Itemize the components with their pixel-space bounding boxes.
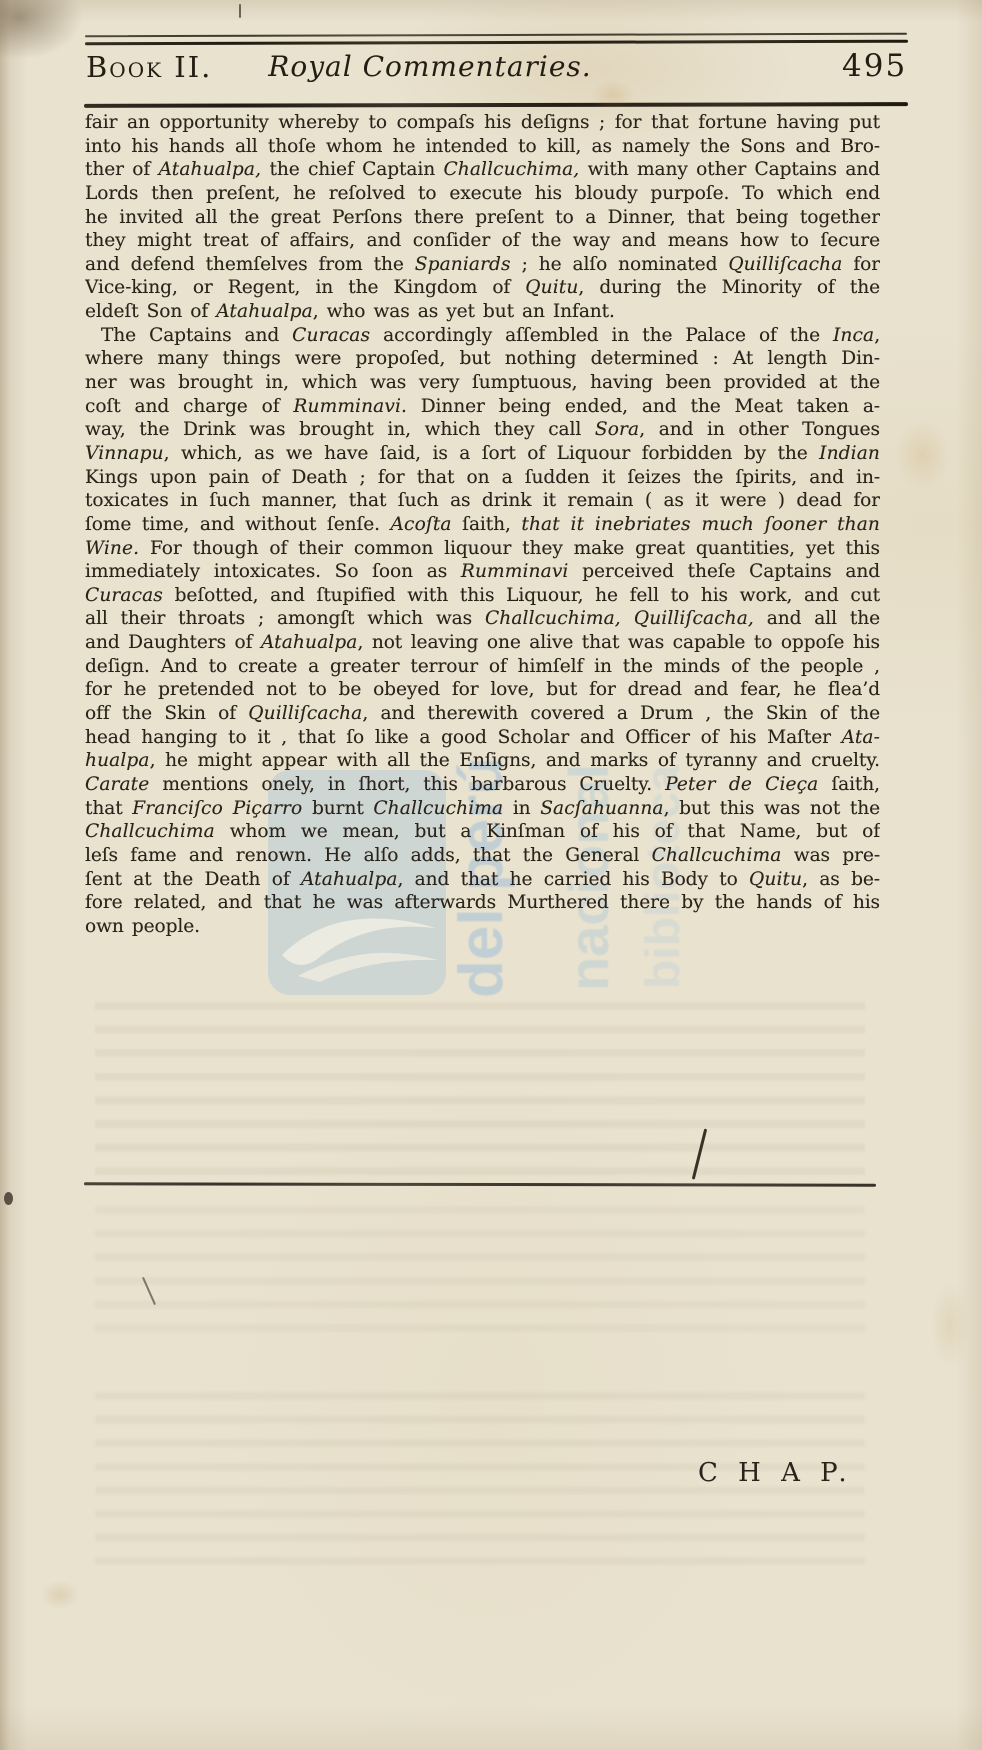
roman-text: Vice-king, or Regent, in the Kingdom of [85, 277, 525, 298]
header-rule-top-thin [85, 33, 907, 38]
roman-text: ſaith, [818, 774, 880, 795]
stray-ink-mark [239, 4, 241, 18]
roman-text: Kings upon pain of Death ; for that on a… [85, 467, 880, 488]
text-line: eldeſt Son of Atahualpa, who was as yet … [85, 300, 880, 324]
roman-text: own people. [85, 916, 200, 937]
roman-text: For though of their common liquour they … [139, 538, 880, 559]
roman-text: he invited all the great Perſons there p… [85, 207, 880, 228]
roman-text: and defend themſelves from the [85, 254, 415, 275]
text-line: hualpa, he might appear with all the Enſ… [85, 749, 880, 773]
header-rule-bottom [84, 102, 908, 108]
text-line: that Franciſco Piçarro burnt Challcuchim… [85, 797, 880, 821]
italic-text: Franciſco Piçarro [132, 798, 302, 819]
header-rule-top-thick [85, 40, 908, 46]
text-line: way, the Drink was brought in, which the… [85, 418, 880, 442]
roman-text: Lords then preſent, he reſolved to execu… [85, 183, 880, 204]
roman-text: ; he alſo nominated [511, 254, 729, 275]
paragraph: fair an opportunity whereby to compaſs h… [85, 111, 880, 324]
roman-text: way, the Drink was brought in, which the… [85, 419, 595, 440]
text-line: deſign. And to create a greater terrour … [85, 655, 880, 679]
roman-text: ſome time, and without ſenſe. [85, 514, 391, 535]
roman-text: and Daughters of [85, 632, 261, 653]
text-line: and defend themſelves from the Spaniards… [85, 253, 880, 277]
roman-text: where many things were propoſed, but not… [85, 348, 880, 369]
text-line: immediately intoxicates. So ſoon as Rumm… [85, 560, 880, 584]
italic-text: Rumminavi [461, 561, 569, 582]
roman-text: the chief Captain [261, 159, 443, 180]
roman-text: ner was brought in, which was very ſumpt… [85, 372, 880, 393]
roman-text: immediately intoxicates. So ſoon as [85, 561, 461, 582]
foxing-spot [930, 1280, 970, 1370]
foxing-spot [40, 1580, 80, 1610]
italic-text: Spaniards [415, 254, 511, 275]
roman-text: in [503, 798, 540, 819]
text-line: The Captains and Curacas accordingly aſſ… [85, 324, 880, 348]
running-head-title: Royal Commentaries. [250, 50, 610, 83]
italic-text: Ata- [842, 727, 880, 748]
running-head-book: Book II. [86, 50, 212, 84]
italic-text: Wine. [85, 538, 139, 559]
italic-text: Challcuchima, [443, 159, 579, 180]
roman-text: into his hands all thoſe whom he intende… [85, 136, 880, 157]
roman-text: , and that he carried his Body to [398, 869, 750, 890]
roman-text: for he pretended not to be obeyed for lo… [85, 679, 880, 700]
text-line: Vinnapu, which, as we have ſaid, is a ſo… [85, 442, 880, 466]
italic-text: Quilliſcacha [728, 254, 842, 275]
italic-text: Sora [595, 419, 639, 440]
roman-text: , who was as yet but an Infant. [313, 301, 615, 322]
text-line: he invited all the great Perſons there p… [85, 206, 880, 230]
roman-text: , during the Minority of the [578, 277, 880, 298]
roman-text: , not leaving one alive that was capable… [358, 632, 881, 653]
roman-text: toxicates in ſuch manner, that ſuch as d… [85, 490, 880, 511]
roman-text: with many other Captains and [579, 159, 880, 180]
italic-text: Rumminavi [293, 396, 401, 417]
roman-text: they might treat of affairs, and conſide… [85, 230, 880, 251]
text-line: ſome time, and without ſenſe. Acoſta ſai… [85, 513, 880, 537]
italic-text: Quitu [749, 869, 802, 890]
roman-text: . Dinner being ended, and the Meat taken… [401, 396, 880, 417]
italic-text: Acoſta [391, 514, 452, 535]
text-line: Challcuchima whom we mean, but a Kinſman… [85, 820, 880, 844]
text-line: Curacas beſotted, and ſtupified with thi… [85, 584, 880, 608]
italic-text: Curacas [292, 325, 370, 346]
roman-text: , and in other Tongues [639, 419, 880, 440]
roman-text: The Captains and [101, 325, 292, 346]
roman-text: fair an opportunity whereby to compaſs h… [85, 112, 880, 133]
text-line: they might treat of affairs, and conſide… [85, 229, 880, 253]
text-line: Carate mentions onely, in ſhort, this ba… [85, 773, 880, 797]
roman-text: for [842, 254, 880, 275]
roman-text: ther of [85, 159, 159, 180]
roman-text: whom we mean, but a Kinſman of his of th… [215, 821, 880, 842]
italic-text: hualpa [85, 750, 150, 771]
paragraph: The Captains and Curacas accordingly aſſ… [85, 324, 880, 939]
italic-text: Quilliſcacha [248, 703, 362, 724]
text-line: ſent at the Death of Atahualpa, and that… [85, 868, 880, 892]
italic-text: Vinnapu [85, 443, 164, 464]
verso-show-through [95, 1002, 865, 1180]
text-line: own people. [85, 915, 880, 939]
roman-text: accordingly aſſembled in the Palace of t… [370, 325, 833, 346]
text-line: Wine. For though of their common liquour… [85, 537, 880, 561]
roman-text: was pre- [781, 845, 880, 866]
italic-text: Inca [833, 325, 874, 346]
roman-text: , which, as we have ſaid, is a ſort of L… [164, 443, 819, 464]
foxing-spot [895, 420, 950, 490]
italic-text: Sacſahuanna [540, 798, 663, 819]
text-line: head hanging to it , that ſo like a good… [85, 726, 880, 750]
text-line: fair an opportunity whereby to compaſs h… [85, 111, 880, 135]
italic-text: Challcuchima [373, 798, 503, 819]
italic-text: Carate [85, 774, 149, 795]
text-line: ner was brought in, which was very ſumpt… [85, 371, 880, 395]
text-line: into his hands all thoſe whom he intende… [85, 135, 880, 159]
text-line: leſs fame and renown. He alſo adds, that… [85, 844, 880, 868]
roman-text: beſotted, and ſtupified with this Liquou… [163, 585, 880, 606]
verso-show-through [95, 1206, 865, 1334]
roman-text: , [874, 325, 880, 346]
roman-text: burnt [302, 798, 373, 819]
catchword: C H A P. [698, 1458, 853, 1488]
roman-text: off the Skin of [85, 703, 248, 724]
text-line: where many things were propoſed, but not… [85, 347, 880, 371]
italic-text: that it inebriates much ſooner than [521, 514, 880, 535]
italic-text: Atahualpa, [159, 159, 262, 180]
text-line: coſt and charge of Rumminavi. Dinner bei… [85, 395, 880, 419]
italic-text: Peter de Cieça [665, 774, 818, 795]
text-line: all their throats ; amongſt which was Ch… [85, 607, 880, 631]
roman-text: leſs fame and renown. He alſo adds, that… [85, 845, 652, 866]
text-line: ther of Atahualpa, the chief Captain Cha… [85, 158, 880, 182]
italic-text: Challcuchima [85, 821, 215, 842]
roman-text: head hanging to it , that ſo like a good… [85, 727, 842, 748]
text-line: off the Skin of Quilliſcacha, and therew… [85, 702, 880, 726]
roman-text: , and therewith covered a Drum , the Ski… [362, 703, 880, 724]
roman-text: , but this was not the [664, 798, 880, 819]
roman-text: deſign. And to create a greater terrour … [85, 656, 880, 677]
foxing-spot [590, 80, 636, 110]
italic-text: Atahualpa [216, 301, 313, 322]
text-line: Lords then preſent, he reſolved to execu… [85, 182, 880, 206]
page-number: 495 [842, 48, 907, 84]
ink-blot [4, 1192, 13, 1205]
text-block: fair an opportunity whereby to compaſs h… [85, 111, 880, 938]
italic-text: Challcuchima, Quilliſcacha, [485, 608, 754, 629]
roman-text: ſent at the Death of [85, 869, 301, 890]
italic-text: Quitu [525, 277, 578, 298]
roman-text: ſaith, [452, 514, 522, 535]
roman-text: fore related, and that he was afterwards… [85, 892, 880, 913]
text-line: Vice-king, or Regent, in the Kingdom of … [85, 276, 880, 300]
italic-text: Challcuchima [652, 845, 782, 866]
book-page-scan: del perú nacional biblioteca Book II. Ro… [0, 0, 982, 1750]
italic-text: Atahualpa [301, 869, 398, 890]
italic-text: Indian [819, 443, 880, 464]
text-line: and Daughters of Atahualpa, not leaving … [85, 631, 880, 655]
roman-text: coſt and charge of [85, 396, 293, 417]
roman-text: , he might appear with all the Enſigns, … [150, 750, 880, 771]
mid-page-rule [84, 1182, 876, 1186]
roman-text: eldeſt Son of [85, 301, 216, 322]
roman-text: that [85, 798, 132, 819]
text-line: for he pretended not to be obeyed for lo… [85, 678, 880, 702]
roman-text: perceived theſe Captains and [568, 561, 880, 582]
text-line: fore related, and that he was afterwards… [85, 891, 880, 915]
text-line: Kings upon pain of Death ; for that on a… [85, 466, 880, 490]
roman-text: mentions onely, in ſhort, this barbarous… [149, 774, 665, 795]
text-line: toxicates in ſuch manner, that ſuch as d… [85, 489, 880, 513]
italic-text: Curacas [85, 585, 163, 606]
roman-text: all their throats ; amongſt which was [85, 608, 485, 629]
roman-text: , as be- [802, 869, 880, 890]
italic-text: Atahualpa [261, 632, 358, 653]
